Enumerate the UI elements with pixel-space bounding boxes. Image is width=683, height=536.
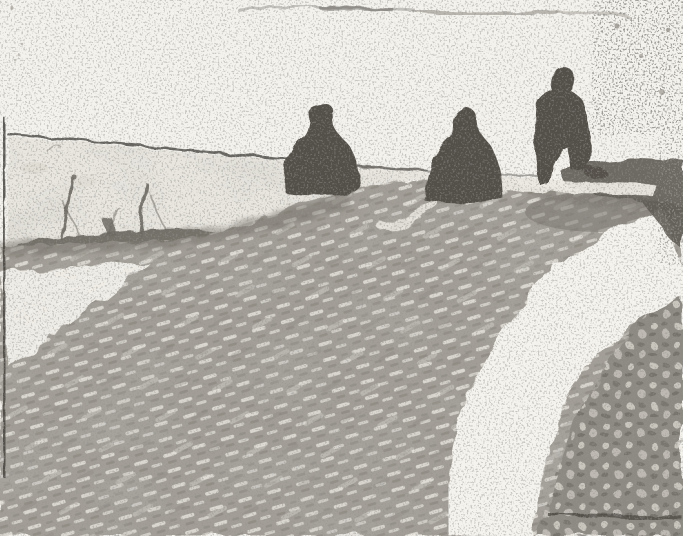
- grain-overlay: [0, 0, 683, 536]
- photo-frame: [0, 0, 683, 536]
- halftone-photograph: [0, 0, 683, 536]
